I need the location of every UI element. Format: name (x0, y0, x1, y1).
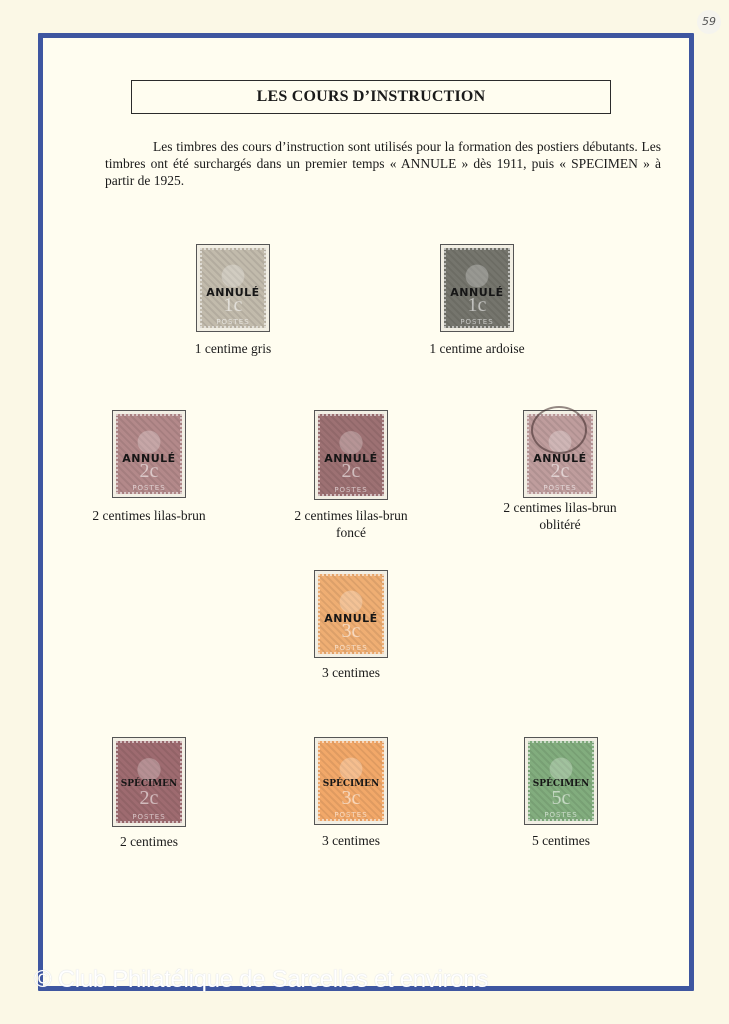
stamp-caption: 2 centimes lilas-brunfoncé (251, 507, 451, 541)
stamp-caption: 1 centime ardoise (377, 340, 577, 357)
stamp-image: 1cPOSTESANNULÉ (200, 248, 266, 328)
stamp-denomination: 2c (116, 787, 182, 810)
stamp-caption-line: 2 centimes lilas-brun (460, 499, 660, 516)
stamp-overprint: ANNULÉ (527, 452, 593, 465)
stamp-item: 2cPOSTESANNULÉ (314, 410, 388, 500)
stamp-overprint: ANNULÉ (200, 286, 266, 299)
stamp-overprint: ANNULÉ (116, 452, 182, 465)
stamp-caption-line: 2 centimes lilas-brun (49, 507, 249, 524)
intro-paragraph: Les timbres des cours d’instruction sont… (105, 138, 661, 189)
stamp-postes-label: POSTES (318, 811, 384, 819)
stamp-image: 2cPOSTESANNULÉ (527, 414, 593, 494)
stamp-caption: 3 centimes (251, 832, 451, 849)
page-title: LES COURS D’INSTRUCTION (131, 80, 611, 114)
stamp-postes-label: POSTES (528, 811, 594, 819)
page-number: 59 (697, 10, 721, 34)
stamp-item: 2cPOSTESSPÉCIMEN (112, 737, 186, 827)
stamp-denomination: 3c (318, 787, 384, 810)
stamp-item: 1cPOSTESANNULÉ (196, 244, 270, 332)
stamp-overprint: SPÉCIMEN (116, 779, 182, 789)
stamp-postes-label: POSTES (444, 318, 510, 326)
stamp-caption: 5 centimes (461, 832, 661, 849)
stamp-overprint: SPÉCIMEN (318, 779, 384, 789)
stamp-image: 3cPOSTESANNULÉ (318, 574, 384, 654)
stamp-item: 1cPOSTESANNULÉ (440, 244, 514, 332)
stamp-caption-line: 1 centime gris (133, 340, 333, 357)
stamp-item: 5cPOSTESSPÉCIMEN (524, 737, 598, 825)
stamp-caption-line: 3 centimes (251, 664, 451, 681)
stamp-overprint: ANNULÉ (444, 286, 510, 299)
stamp-postes-label: POSTES (200, 318, 266, 326)
stamp-caption-line: 1 centime ardoise (377, 340, 577, 357)
stamp-overprint: SPÉCIMEN (528, 779, 594, 789)
stamp-caption-line: 3 centimes (251, 832, 451, 849)
stamp-caption-line: 2 centimes (49, 833, 249, 850)
stamp-denomination: 5c (528, 787, 594, 810)
stamp-item: 3cPOSTESANNULÉ (314, 570, 388, 658)
stamp-caption-line: foncé (251, 524, 451, 541)
stamp-caption: 2 centimes lilas-brunoblitéré (460, 499, 660, 533)
stamp-image: 2cPOSTESANNULÉ (116, 414, 182, 494)
stamp-overprint: ANNULÉ (318, 452, 384, 465)
stamp-postes-label: POSTES (116, 813, 182, 821)
stamp-caption-line: oblitéré (460, 516, 660, 533)
stamp-image: 1cPOSTESANNULÉ (444, 248, 510, 328)
stamp-image: 2cPOSTESANNULÉ (318, 414, 384, 496)
stamp-caption: 1 centime gris (133, 340, 333, 357)
stamp-caption: 2 centimes (49, 833, 249, 850)
stamp-image: 5cPOSTESSPÉCIMEN (528, 741, 594, 821)
stamp-postes-label: POSTES (318, 486, 384, 494)
stamp-item: 2cPOSTESANNULÉ (523, 410, 597, 498)
stamp-image: 2cPOSTESSPÉCIMEN (116, 741, 182, 823)
stamp-item: 3cPOSTESSPÉCIMEN (314, 737, 388, 825)
postmark-cancellation (531, 406, 587, 454)
stamp-image: 3cPOSTESSPÉCIMEN (318, 741, 384, 821)
stamp-caption: 2 centimes lilas-brun (49, 507, 249, 524)
stamp-postes-label: POSTES (527, 484, 593, 492)
stamp-overprint: ANNULÉ (318, 612, 384, 625)
stamp-postes-label: POSTES (318, 644, 384, 652)
stamp-postes-label: POSTES (116, 484, 182, 492)
stamp-caption-line: 2 centimes lilas-brun (251, 507, 451, 524)
stamp-caption-line: 5 centimes (461, 832, 661, 849)
stamp-item: 2cPOSTESANNULÉ (112, 410, 186, 498)
copyright-watermark: © Club Philatélique de Sarcelles et envi… (34, 966, 488, 994)
stamp-caption: 3 centimes (251, 664, 451, 681)
